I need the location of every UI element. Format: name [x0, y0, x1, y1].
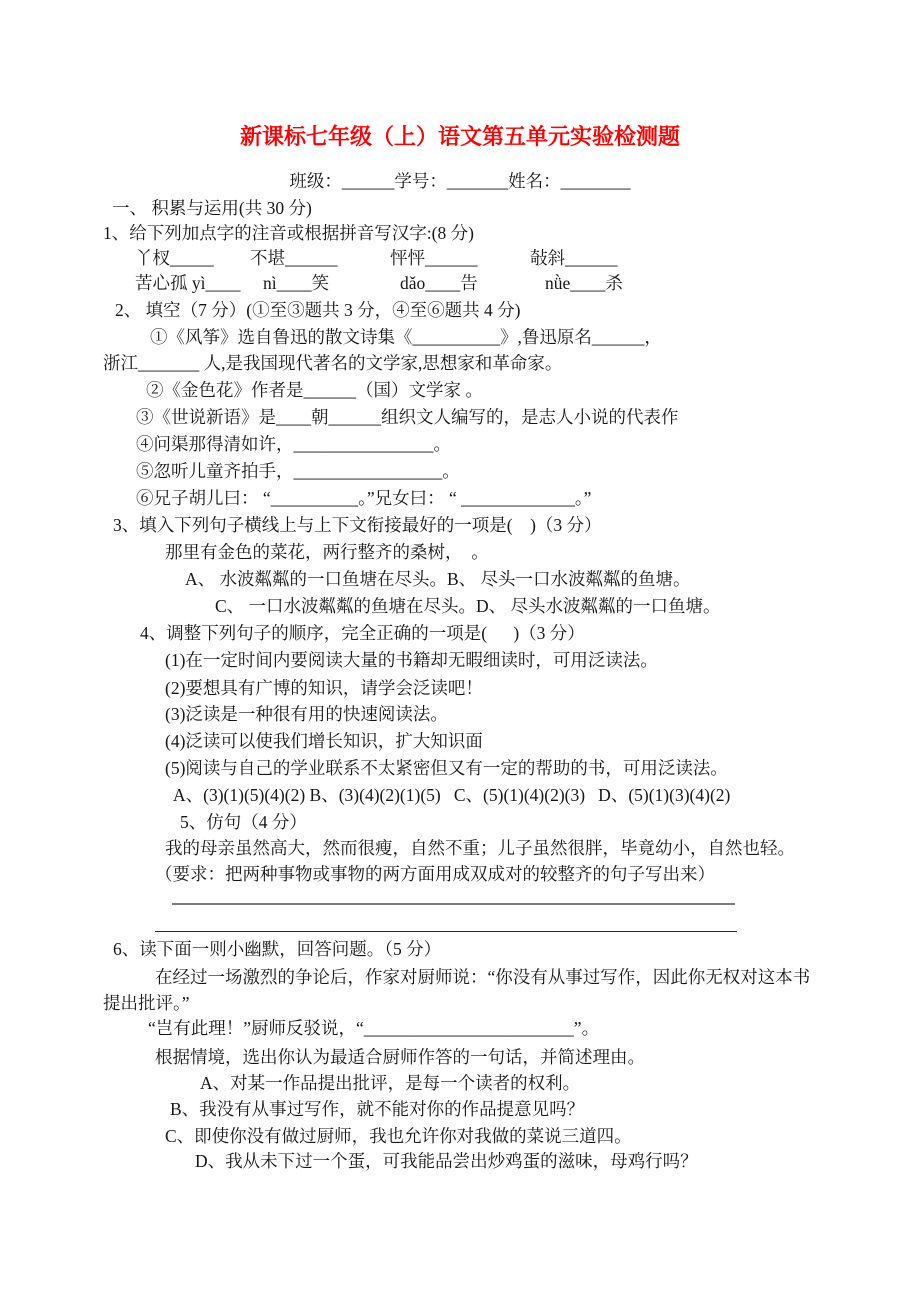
q3-stem: 那里有金色的菜花，两行整齐的桑树， 。 [165, 540, 489, 564]
q4-sentence-1: (1)在一定时间内要阅读大量的书籍却无暇细读时，可用泛读法。 [165, 648, 658, 672]
q1-word: 丫杈_____ [135, 246, 250, 270]
q6-paragraph-1: 在经过一场激烈的争论后，作家对厨师说：“你没有从事过写作，因此你无权对这本书 [155, 965, 810, 989]
q1-pinyin: nì____笑 [263, 271, 400, 295]
q2-item-6: ⑥兄子胡儿曰： “__________。”兄女曰： “ ____________… [136, 486, 591, 510]
q1-pinyin: 苦心孤 yì____ [135, 271, 263, 295]
q4-sentence-5: (5)阅读与自己的学业联系不太紧密但又有一定的帮助的书，可用泛读法。 [165, 756, 728, 780]
q3-options-ab: A、 水波粼粼的一口鱼塘在尽头。B、 尽头一口水波粼粼的鱼塘。 [185, 567, 691, 591]
q2-item-2: ②《金色花》作者是______（国）文学家 。 [146, 378, 483, 402]
q1-word: 敧斜______ [530, 246, 618, 270]
q4-sentence-3: (3)泛读是一种很有用的快速阅读法。 [165, 702, 448, 726]
q1-word-row-1: 丫杈_____不堪______怦怦______敧斜______ [135, 246, 618, 270]
q1-prompt: 1、给下列加点字的注音或根据拼音写汉字:(8 分) [103, 221, 474, 245]
q6-option-a: A、对某一作品提出批评，是每一个读者的权利。 [200, 1071, 580, 1095]
q3-prompt: 3、填入下列句子横线上与上下文衔接最好的一项是( )（3 分） [113, 513, 602, 537]
q2-item-5: ⑤忽听儿童齐拍手，_________________。 [136, 459, 460, 483]
q4-options: A、(3)(1)(5)(4)(2) B、(3)(4)(2)(1)(5) C、(5… [173, 783, 730, 807]
q1-pinyin: dǎo____告 [400, 271, 545, 295]
q4-sentence-4: (4)泛读可以使我们增长知识，扩大知识面 [165, 729, 483, 753]
q5-requirement: （要求：把两种事物或事物的两方面用成双成对的较整齐的句子写出来） [155, 862, 715, 886]
q6-option-c: C、即使你没有做过厨师，我也允许你对我做的菜说三道四。 [165, 1124, 632, 1148]
q4-sentence-2: (2)要想具有广博的知识，请学会泛读吧！ [165, 676, 483, 700]
q3-options-cd: C、 一口水波粼粼的鱼塘在尽头。D、 尽头水波粼粼的一口鱼塘。 [215, 594, 721, 618]
q6-option-d: D、我从未下过一个蛋，可我能品尝出炒鸡蛋的滋味，母鸡行吗？ [195, 1149, 698, 1173]
q6-paragraph-2: 提出批评。” [103, 991, 190, 1015]
q5-prompt: 5、仿句（4 分） [180, 810, 307, 834]
q2-item-3: ③《世说新语》是____朝______组织文人编写的，是志人小说的代表作 [136, 405, 679, 429]
q2-item-4: ④问渠那得清如许，________________。 [136, 432, 451, 456]
q6-option-b: B、我没有从事过写作，就不能对你的作品提意见吗？ [170, 1097, 584, 1121]
q2-item-1a: ①《风筝》选自鲁迅的散文诗集《__________》,鲁迅原名______， [150, 325, 662, 349]
q4-prompt: 4、调整下列句子的顺序，完全正确的一项是( )（3 分） [140, 621, 585, 645]
q2-item-1b: 浙江_______ 人,是我国现代著名的文学家,思想家和革命家。 [103, 351, 562, 375]
test-paper-page: 新课标七年级（上）语文第五单元实验检测题 班级：______学号：_______… [0, 0, 920, 1302]
q6-paragraph-4: 根据情境，选出你认为最适合厨师作答的一句话，并简述理由。 [155, 1045, 645, 1069]
q5-example: 我的母亲虽然高大，然而很瘦，自然不重；儿子虽然很胖，毕竟幼小，自然也轻。 [165, 836, 795, 860]
answer-blank-line [172, 903, 735, 905]
student-info-line: 班级：______学号：_______姓名：________ [0, 168, 920, 193]
section1-heading: 一、 积累与运用(共 30 分) [112, 196, 312, 220]
q1-word-row-2: 苦心孤 yì____nì____笑dǎo____告nǜe____杀 [135, 271, 623, 295]
q6-paragraph-3: “岂有此理！”厨师反驳说，“________________________”。 [148, 1016, 599, 1040]
q2-prompt: 2、 填空（7 分）(①至③题共 3 分，④至⑥题共 4 分) [115, 298, 520, 322]
q1-pinyin: nǜe____杀 [545, 271, 623, 295]
q1-word: 怦怦______ [390, 246, 530, 270]
q1-word: 不堪______ [250, 246, 390, 270]
page-title: 新课标七年级（上）语文第五单元实验检测题 [0, 120, 920, 151]
q6-prompt: 6、读下面一则小幽默，回答问题。（5 分） [113, 937, 441, 961]
answer-blank-line [155, 931, 737, 932]
